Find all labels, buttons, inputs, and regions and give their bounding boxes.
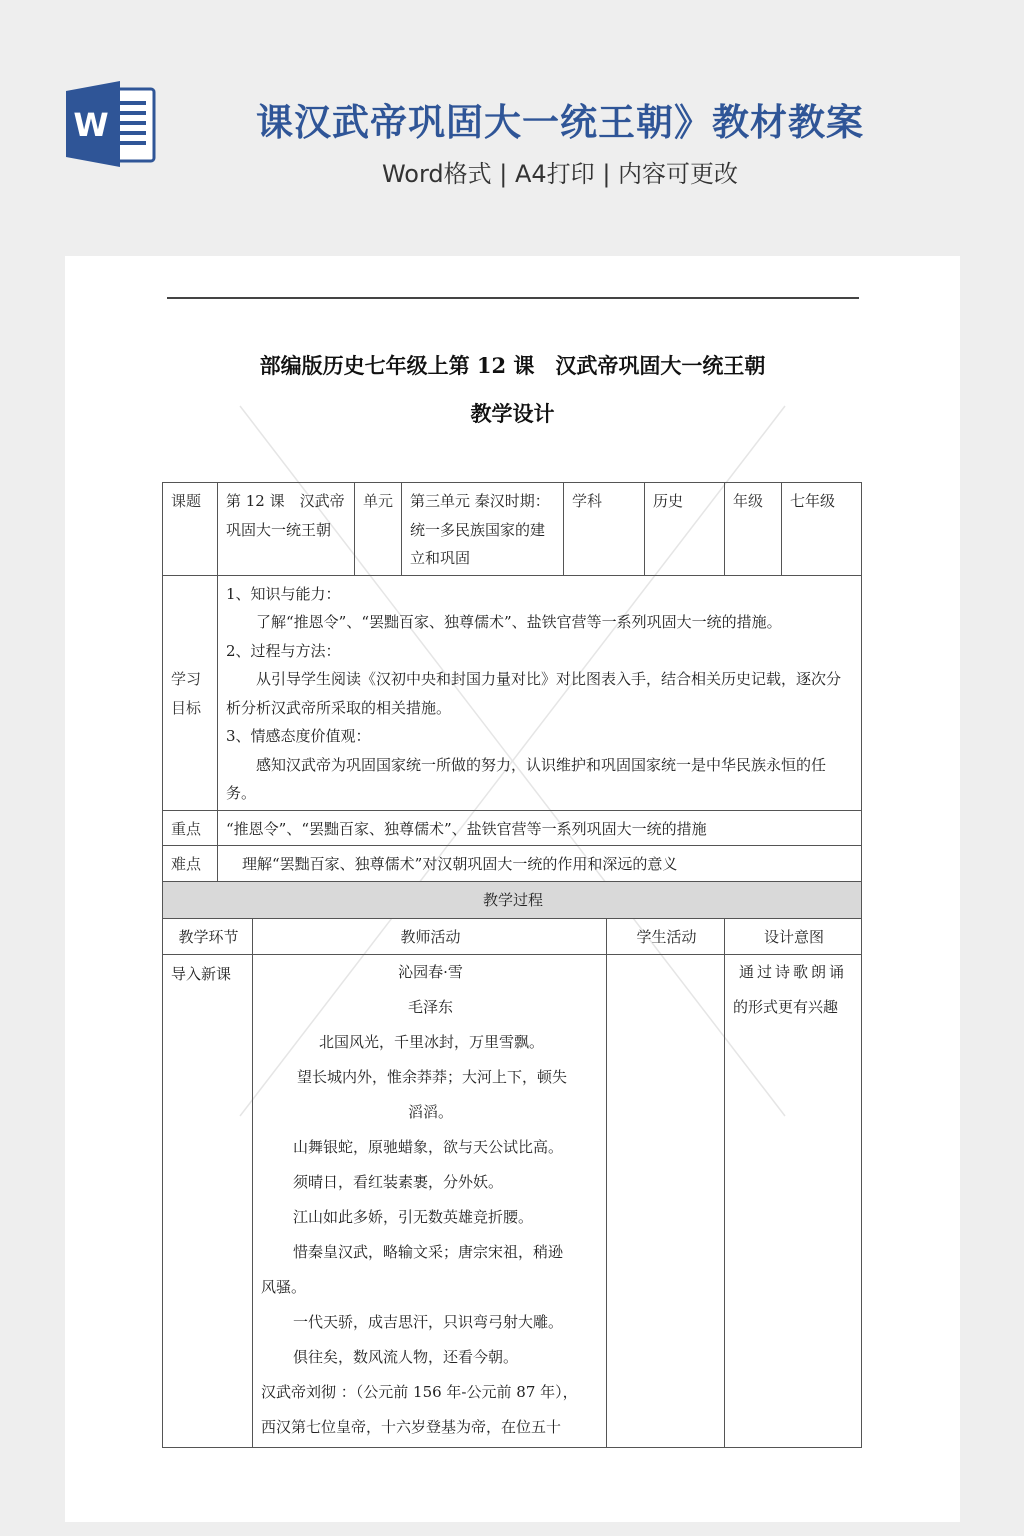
process-row-intro: 导入新课 沁园春·雪 毛泽东 北国风光，千里冰封，万里雪飘。 望长城内外，惟余莽… — [163, 954, 862, 1447]
objective-text-1: 了解“推恩令”、“罢黜百家、独尊儒术”、盐铁官营等一系列巩固大一统的措施。 — [226, 608, 855, 637]
poem-author: 毛泽东 — [261, 990, 600, 1025]
document-subtitle: 教学设计 — [65, 398, 960, 428]
poem-line: 一代天骄，成吉思汗，只识弯弓射大雕。 — [261, 1305, 600, 1340]
difficulty-label: 难点 — [163, 846, 218, 882]
topic-value: 第 12 课 汉武帝巩固大一统王朝 — [218, 483, 355, 576]
key-point-row: 重点 “推恩令”、“罢黜百家、独尊儒术”、盐铁官营等一系列巩固大一统的措施 — [163, 810, 862, 846]
grade-value: 七年级 — [782, 483, 862, 576]
poem-line: 山舞银蛇，原驰蜡象，欲与天公试比高。 — [261, 1130, 600, 1165]
poem-line: 惜秦皇汉武，略输文采；唐宗宋祖，稍逊 — [261, 1235, 600, 1270]
poem-line: 须晴日，看红装素裹，分外妖。 — [261, 1165, 600, 1200]
objectives-content: 1、知识与能力： 了解“推恩令”、“罢黜百家、独尊儒术”、盐铁官营等一系列巩固大… — [218, 575, 862, 810]
document-title: 部编版历史七年级上第 12 课 汉武帝巩固大一统王朝 — [65, 350, 960, 380]
topic-label: 课题 — [163, 483, 218, 576]
process-title: 教学过程 — [163, 881, 862, 918]
objectives-label: 学习 目标 — [163, 575, 218, 810]
objectives-label-line2: 目标 — [171, 694, 211, 723]
difficulty-text: 理解“罢黜百家、独尊儒术”对汉朝巩固大一统的作用和深远的意义 — [218, 846, 862, 882]
word-doc-icon: W — [64, 81, 156, 167]
col-header-intent: 设计意图 — [725, 918, 862, 954]
banner-subtitle: Word格式 | A4打印 | 内容可更改 — [200, 154, 920, 189]
col-header-student: 学生活动 — [607, 918, 725, 954]
objective-text-2: 从引导学生阅读《汉初中央和封国力量对比》对比图表入手，结合相关历史记载，逐次分析… — [226, 665, 855, 722]
teacher-activity-cell: 沁园春·雪 毛泽东 北国风光，千里冰封，万里雪飘。 望长城内外，惟余莽莽；大河上… — [253, 954, 607, 1447]
poem-line: 风骚。 — [261, 1270, 600, 1305]
col-header-teacher: 教师活动 — [253, 918, 607, 954]
banner: W 课汉武帝巩固大一统王朝》教材教案 Word格式 | A4打印 | 内容可更改 — [0, 0, 1024, 250]
unit-value: 第三单元 秦汉时期：统一多民族国家的建立和巩固 — [402, 483, 564, 576]
key-point-label: 重点 — [163, 810, 218, 846]
process-title-row: 教学过程 — [163, 881, 862, 918]
student-activity-cell — [607, 954, 725, 1447]
objective-heading-2: 2、过程与方法： — [226, 637, 855, 666]
grade-label: 年级 — [725, 483, 782, 576]
bio-line: 汉武帝刘彻 ：（公元前 156 年-公元前 87 年）， — [261, 1375, 600, 1410]
design-intent-cell: 通过诗歌朗诵 的形式更有兴趣 — [725, 954, 862, 1447]
objective-heading-3: 3、情感态度价值观： — [226, 722, 855, 751]
col-header-stage: 教学环节 — [163, 918, 253, 954]
difficulty-row: 难点 理解“罢黜百家、独尊儒术”对汉朝巩固大一统的作用和深远的意义 — [163, 846, 862, 882]
poem-line: 滔滔。 — [261, 1095, 600, 1130]
poem-line: 望长城内外，惟余莽莽；大河上下，顿失 — [261, 1060, 600, 1095]
objective-text-3: 感知汉武帝为巩固国家统一所做的努力，认识维护和巩固国家统一是中华民族永恒的任务。 — [226, 751, 855, 808]
intent-line: 通过诗歌朗诵 — [733, 955, 855, 990]
subject-label: 学科 — [564, 483, 645, 576]
objectives-row: 学习 目标 1、知识与能力： 了解“推恩令”、“罢黜百家、独尊儒术”、盐铁官营等… — [163, 575, 862, 810]
poem-line: 俱往矣，数风流人物，还看今朝。 — [261, 1340, 600, 1375]
svg-text:W: W — [73, 106, 108, 144]
banner-title: 课汉武帝巩固大一统王朝》教材教案 — [200, 92, 920, 146]
key-point-text: “推恩令”、“罢黜百家、独尊儒术”、盐铁官营等一系列巩固大一统的措施 — [218, 810, 862, 846]
intent-line: 的形式更有兴趣 — [733, 990, 855, 1025]
objective-heading-1: 1、知识与能力： — [226, 580, 855, 609]
subject-value: 历史 — [645, 483, 725, 576]
bio-line: 西汉第七位皇帝，十六岁登基为帝，在位五十 — [261, 1410, 600, 1445]
poem-line: 江山如此多娇，引无数英雄竞折腰。 — [261, 1200, 600, 1235]
header-rule — [167, 297, 859, 299]
document-page: 部编版历史七年级上第 12 课 汉武帝巩固大一统王朝 教学设计 课题 第 12 … — [65, 256, 960, 1522]
process-header-row: 教学环节 教师活动 学生活动 设计意图 — [163, 918, 862, 954]
info-row: 课题 第 12 课 汉武帝巩固大一统王朝 单元 第三单元 秦汉时期：统一多民族国… — [163, 483, 862, 576]
unit-label: 单元 — [355, 483, 402, 576]
poem-line: 北国风光，千里冰封，万里雪飘。 — [261, 1025, 600, 1060]
lesson-plan-table: 课题 第 12 课 汉武帝巩固大一统王朝 单元 第三单元 秦汉时期：统一多民族国… — [162, 482, 862, 1448]
stage-cell: 导入新课 — [163, 954, 253, 1447]
objectives-label-line1: 学习 — [171, 665, 211, 694]
poem-title: 沁园春·雪 — [261, 955, 600, 990]
